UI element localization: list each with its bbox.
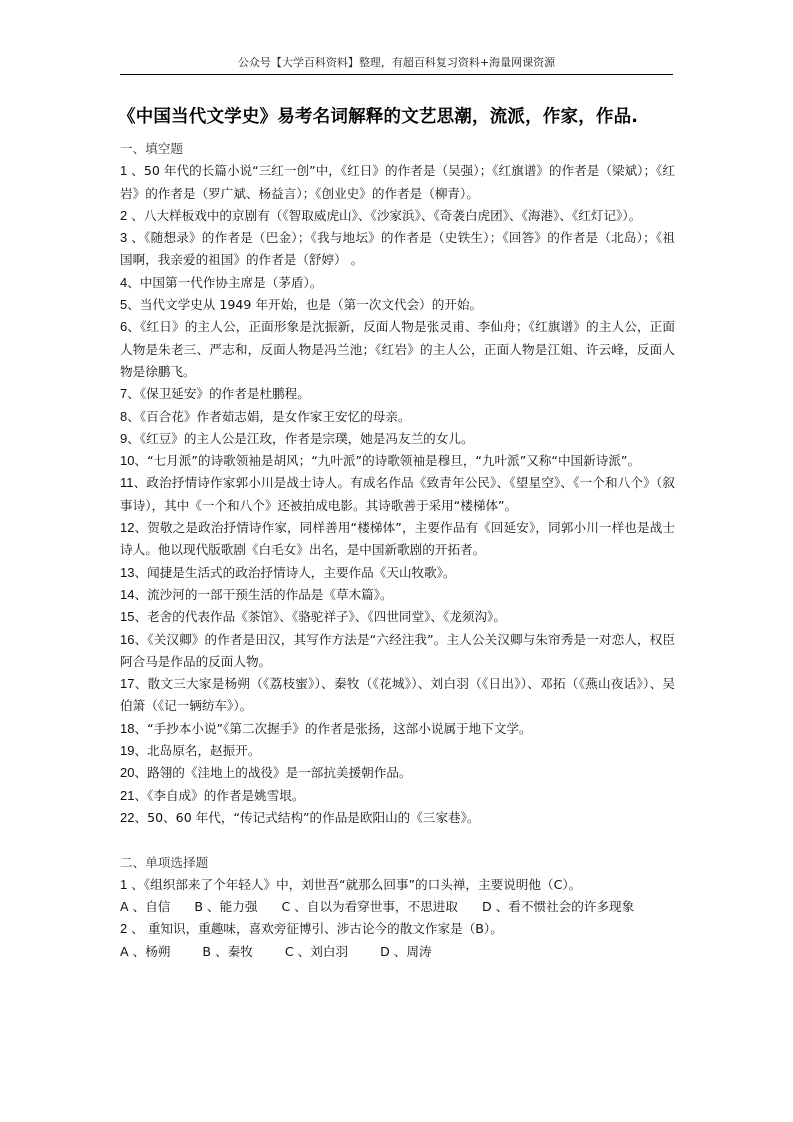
item-text: 流沙河的一部干预生活的作品是《草木篇》。	[147, 587, 393, 602]
question-text: 重知识，重趣味，喜欢旁征博引、涉古论今的散文作家是（B）。	[144, 921, 503, 936]
item-separator: 、	[134, 721, 147, 736]
item-separator: 、	[127, 208, 144, 223]
fill-in-item: 22、50、60 年代，“传记式结构”的作品是欧阳山的《三家巷》。	[120, 807, 675, 829]
choice-question: 2 、 重知识，重趣味，喜欢旁征博引、涉古论今的散文作家是（B）。	[120, 918, 675, 940]
fill-in-item: 20、路翎的《洼地上的战役》是一部抗美援朝作品。	[120, 762, 675, 784]
answer-options: A 、杨朔 B 、秦牧 C 、刘白羽 D 、周涛	[120, 941, 675, 963]
item-number: 14	[120, 587, 134, 602]
item-text: 《保卫延安》的作者是杜鹏程。	[140, 386, 310, 401]
item-text: 50、60 年代，“传记式结构”的作品是欧阳山的《三家巷》。	[147, 810, 479, 825]
item-separator: 、	[127, 386, 140, 401]
item-text: “七月派”的诗歌领袖是胡风；“九叶派”的诗歌领袖是穆旦，“九叶派”又称“中国新诗…	[147, 453, 640, 468]
fill-in-item: 5、当代文学史从 1949 年开始，也是（第一次文代会）的开始。	[120, 294, 675, 316]
fill-in-item: 19、北岛原名，赵振开。	[120, 740, 675, 762]
item-separator: 、	[134, 565, 147, 580]
item-text: 北岛原名，赵振开。	[147, 743, 260, 758]
fill-in-item: 7、《保卫延安》的作者是杜鹏程。	[120, 383, 675, 405]
fill-in-item: 1 、50 年代的长篇小说“三红一创”中，《红日》的作者是（吴强）；《红旗谱》的…	[120, 160, 675, 205]
item-text: 闻捷是生活式的政治抒情诗人，主要作品《天山牧歌》。	[147, 565, 456, 580]
section-heading-fill-in: 一、填空题	[120, 138, 675, 160]
item-text: 当代文学史从 1949 年开始，也是（第一次文代会）的开始。	[140, 297, 482, 312]
fill-in-item: 8、《百合花》作者茹志娟，是女作家王安忆的母亲。	[120, 406, 675, 428]
item-text: “手抄本小说”《第二次握手》的作者是张扬，这部小说属于地下文学。	[147, 721, 532, 736]
fill-in-item: 9、《红豆》的主人公是江玫，作者是宗璞，她是冯友兰的女儿。	[120, 428, 675, 450]
fill-in-item: 13、闻捷是生活式的政治抒情诗人，主要作品《天山牧歌》。	[120, 562, 675, 584]
choice-question: 1 、《组织部来了个年轻人》中，刘世吾“就那么回事”的口头禅，主要说明他（C）。	[120, 874, 675, 896]
fill-in-item: 15、老舍的代表作品《茶馆》、《骆驼祥子》、《四世同堂》、《龙须沟》。	[120, 606, 675, 628]
item-separator: 、	[134, 453, 147, 468]
item-separator: 、	[134, 765, 147, 780]
fill-in-item: 16、《关汉卿》的作者是田汉，其写作方法是“六经注我”。主人公关汉卿与朱帘秀是一…	[120, 629, 675, 674]
item-separator: 、	[127, 275, 140, 290]
item-number: 16	[120, 632, 134, 647]
item-number: 21	[120, 788, 134, 803]
item-separator: 、	[134, 632, 147, 647]
item-separator: 、	[127, 163, 144, 178]
section-heading-multiple-choice: 二、单项选择题	[120, 852, 675, 874]
fill-in-item: 14、流沙河的一部干预生活的作品是《草木篇》。	[120, 584, 675, 606]
item-number: 18	[120, 721, 134, 736]
item-number: 10	[120, 453, 134, 468]
fill-in-question-list: 1 、50 年代的长篇小说“三红一创”中，《红日》的作者是（吴强）；《红旗谱》的…	[120, 160, 675, 829]
fill-in-item: 11、政治抒情诗作家郭小川是战士诗人。有成名作品《致青年公民》、《望星空》、《一…	[120, 472, 675, 517]
question-separator: 、	[127, 921, 144, 936]
item-separator: 、	[134, 475, 147, 490]
item-separator: 、	[127, 409, 140, 424]
item-separator: 、	[134, 609, 147, 624]
multiple-choice-question-list: 1 、《组织部来了个年轻人》中，刘世吾“就那么回事”的口头禅，主要说明他（C）。…	[120, 874, 675, 963]
fill-in-item: 18、“手抄本小说”《第二次握手》的作者是张扬，这部小说属于地下文学。	[120, 718, 675, 740]
page-header: 公众号【大学百科资料】整理，有超百科复习资料+海量网课资源	[120, 56, 673, 70]
item-separator: 、	[127, 230, 144, 245]
item-text: 《关汉卿》的作者是田汉，其写作方法是“六经注我”。主人公关汉卿与朱帘秀是一对恋人…	[120, 632, 675, 669]
header-rule	[120, 74, 673, 75]
item-text: 老舍的代表作品《茶馆》、《骆驼祥子》、《四世同堂》、《龙须沟》。	[147, 609, 506, 624]
item-number: 11	[120, 475, 134, 490]
section-spacer	[120, 829, 675, 851]
document-body: 一、填空题 1 、50 年代的长篇小说“三红一创”中，《红日》的作者是（吴强）；…	[120, 138, 675, 963]
item-text: 《红豆》的主人公是江玫，作者是宗璞，她是冯友兰的女儿。	[140, 431, 474, 446]
fill-in-item: 12、贺敬之是政治抒情诗作家，同样善用“楼梯体”，主要作品有《回延安》，同郭小川…	[120, 517, 675, 562]
item-number: 13	[120, 565, 134, 580]
fill-in-item: 17、散文三大家是杨朔（《荔枝蜜》）、秦牧（《花城》）、刘白羽（《日出》）、邓拓…	[120, 673, 675, 718]
item-separator: 、	[127, 431, 140, 446]
item-text: 贺敬之是政治抒情诗作家，同样善用“楼梯体”，主要作品有《回延安》，同郭小川一样也…	[120, 520, 675, 557]
item-text: 《百合花》作者茹志娟，是女作家王安忆的母亲。	[140, 409, 411, 424]
item-separator: 、	[134, 676, 147, 691]
fill-in-item: 6、《红日》的主人公，正面形象是沈振新，反面人物是张灵甫、李仙舟；《红旗谱》的主…	[120, 316, 675, 383]
item-number: 22	[120, 810, 134, 825]
answer-options: A 、自信 B 、能力强 C 、自以为看穿世事，不思进取 D 、看不惯社会的许多…	[120, 896, 675, 918]
fill-in-item: 10、“七月派”的诗歌领袖是胡风；“九叶派”的诗歌领袖是穆旦，“九叶派”又称“中…	[120, 450, 675, 472]
item-separator: 、	[127, 319, 140, 334]
item-number: 19	[120, 743, 134, 758]
item-separator: 、	[127, 297, 140, 312]
item-text: 路翎的《洼地上的战役》是一部抗美援朝作品。	[147, 765, 411, 780]
item-separator: 、	[134, 743, 147, 758]
item-text: 中国第一代作协主席是（茅盾）。	[140, 275, 323, 290]
item-text: 《随想录》的作者是（巴金）；《我与地坛》的作者是（史铁生）；《回答》的作者是（北…	[120, 230, 675, 267]
item-number: 17	[120, 676, 134, 691]
fill-in-item: 2 、八大样板戏中的京剧有（《智取威虎山》、《沙家浜》、《奇袭白虎团》、《海港》…	[120, 205, 675, 227]
document-title: 《中国当代文学史》易考名词解释的文艺思潮，流派，作家，作品.	[118, 105, 678, 129]
item-number: 12	[120, 520, 134, 535]
item-text: 《李自成》的作者是姚雪垠。	[147, 788, 304, 803]
fill-in-item: 4、中国第一代作协主席是（茅盾）。	[120, 272, 675, 294]
item-separator: 、	[134, 810, 147, 825]
question-separator: 、	[127, 877, 144, 892]
item-separator: 、	[134, 587, 147, 602]
item-separator: 、	[134, 788, 147, 803]
item-text: 八大样板戏中的京剧有（《智取威虎山》、《沙家浜》、《奇袭白虎团》、《海港》、《红…	[144, 208, 641, 223]
item-number: 15	[120, 609, 134, 624]
item-text: 《红日》的主人公，正面形象是沈振新，反面人物是张灵甫、李仙舟；《红旗谱》的主人公…	[120, 319, 675, 379]
item-text: 散文三大家是杨朔（《荔枝蜜》）、秦牧（《花城》）、刘白羽（《日出》）、邓拓（《燕…	[120, 676, 675, 713]
item-number: 20	[120, 765, 134, 780]
item-text: 政治抒情诗作家郭小川是战士诗人。有成名作品《致青年公民》、《望星空》、《一个和八…	[120, 475, 675, 512]
item-separator: 、	[134, 520, 147, 535]
question-text: 《组织部来了个年轻人》中，刘世吾“就那么回事”的口头禅，主要说明他（C）。	[144, 877, 581, 892]
item-text: 50 年代的长篇小说“三红一创”中，《红日》的作者是（吴强）；《红旗谱》的作者是…	[120, 163, 675, 200]
fill-in-item: 3 、《随想录》的作者是（巴金）；《我与地坛》的作者是（史铁生）；《回答》的作者…	[120, 227, 675, 272]
fill-in-item: 21、《李自成》的作者是姚雪垠。	[120, 785, 675, 807]
